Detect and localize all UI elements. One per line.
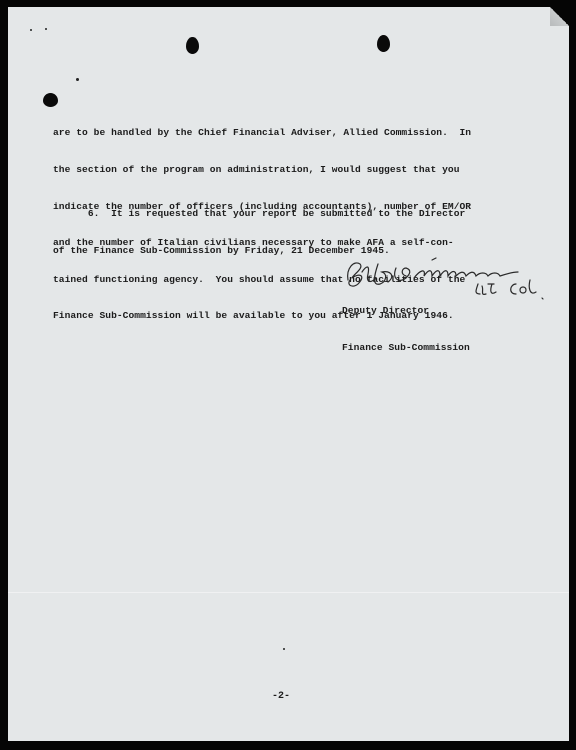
signatory-office: Finance Sub-Commission	[342, 342, 470, 354]
text-line: the section of the program on administra…	[53, 164, 471, 176]
text-line: are to be handled by the Chief Financial…	[53, 127, 471, 139]
signature-block: Deputy Director Finance Sub-Commission	[342, 281, 470, 366]
text-line: 6. It is requested that your report be s…	[53, 208, 465, 220]
punch-hole-right	[377, 35, 390, 52]
speck	[76, 78, 79, 81]
signatory-title: Deputy Director	[342, 305, 470, 317]
folded-corner	[550, 7, 569, 26]
speck	[30, 29, 32, 31]
fold-line	[8, 592, 569, 593]
page-number: -2-	[272, 691, 290, 702]
speck	[45, 28, 47, 30]
punch-hole-left	[186, 37, 199, 54]
speck	[283, 648, 285, 650]
